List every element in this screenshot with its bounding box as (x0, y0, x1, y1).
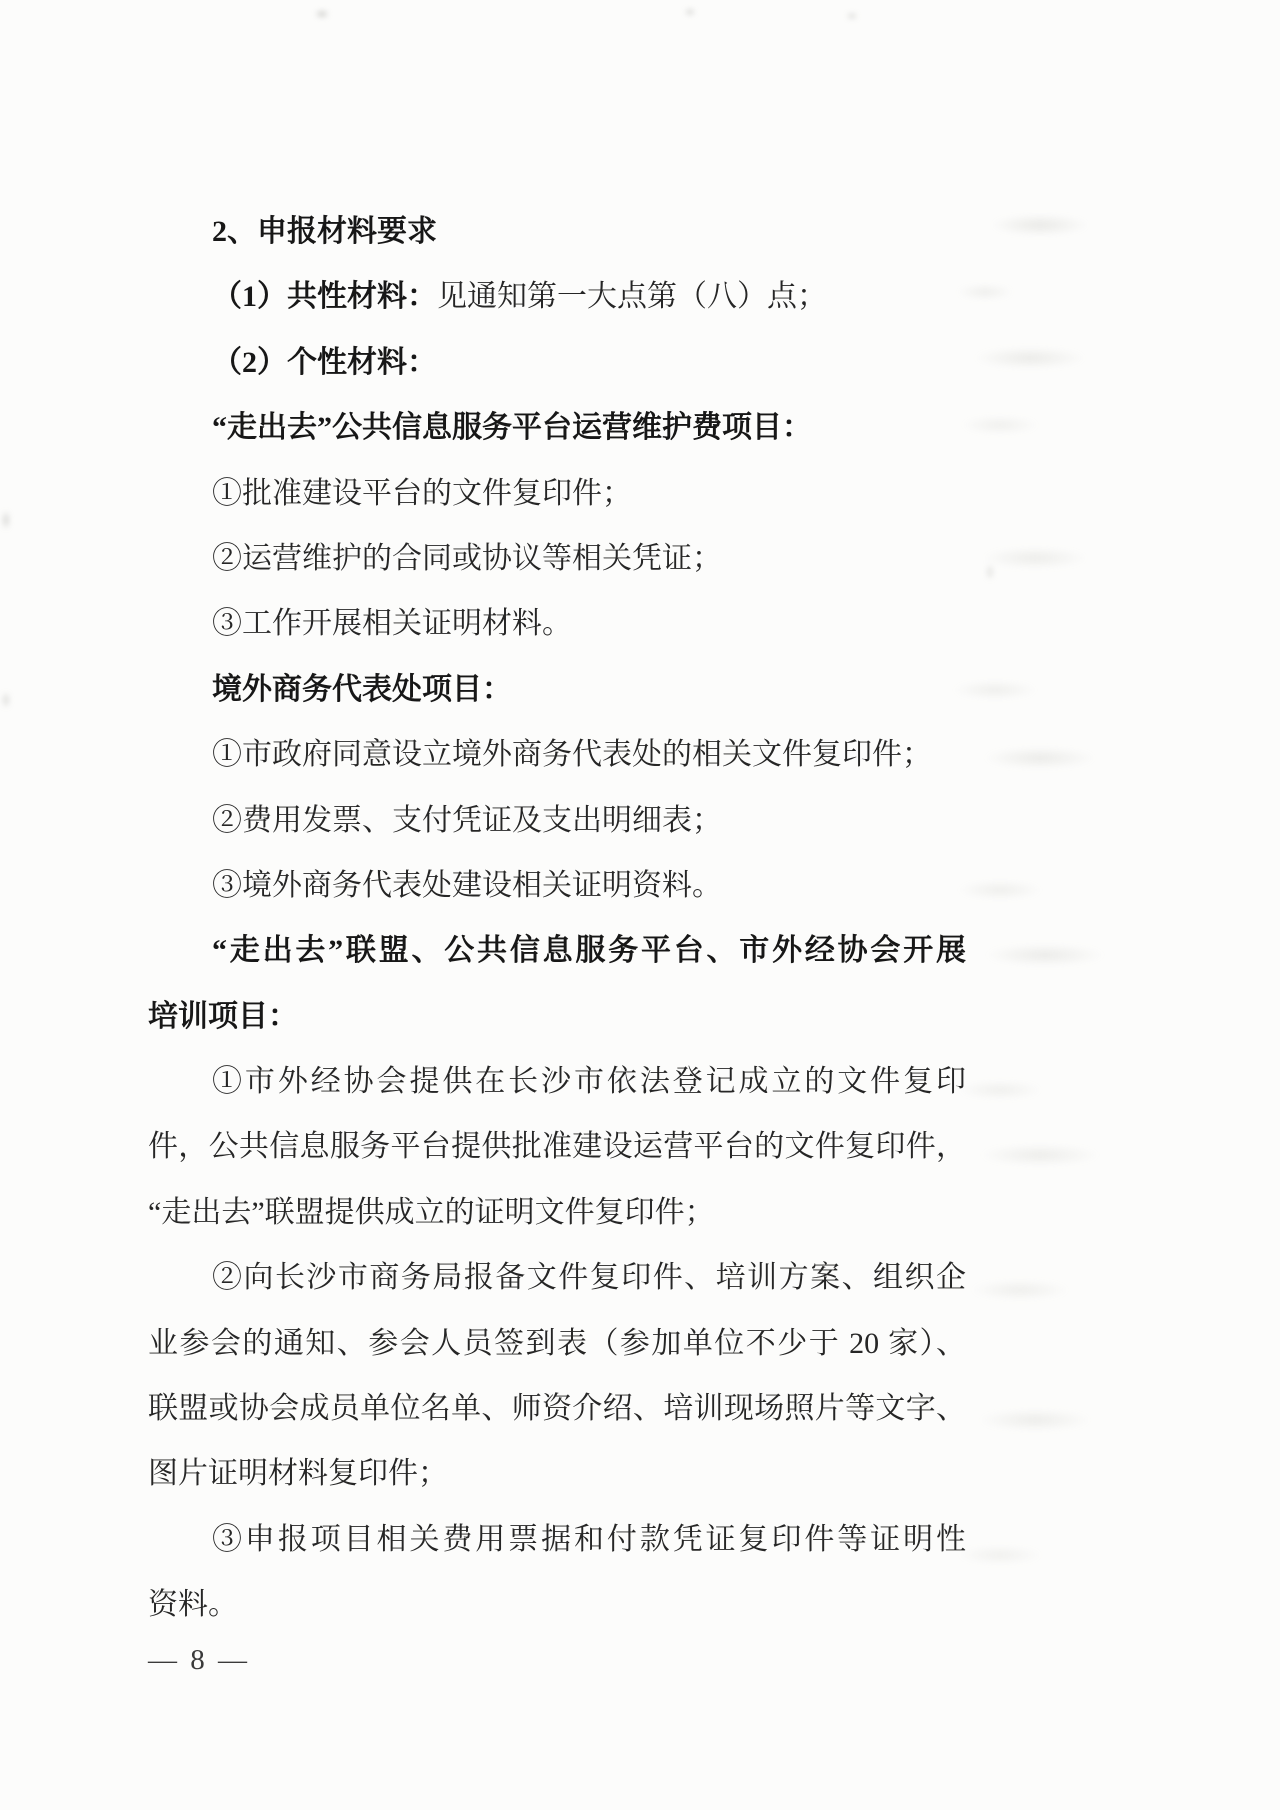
item-1-common-materials: （1）共性材料：见通知第一大点第（八）点； (148, 264, 966, 329)
list-item-circle-3c-line2: 资料。 (148, 1572, 966, 1637)
list-item-circle-2c-line4: 图片证明材料复印件； (148, 1441, 966, 1506)
list-item-circle-2c-line3: 联盟或协会成员单位名单、师资介绍、培训现场照片等文字、 (148, 1376, 966, 1441)
list-item-circle-1b: ①市政府同意设立境外商务代表处的相关文件复印件； (148, 722, 966, 787)
list-item-circle-2c-line2: 业参会的通知、参会人员签到表（参加单位不少于 20 家）、 (148, 1311, 966, 1376)
item-1-label: （1）共性材料： (212, 280, 437, 313)
heading-training-project-line2: 培训项目： (148, 984, 966, 1049)
heading-overseas-office-project: 境外商务代表处项目： (148, 657, 966, 722)
list-item-circle-3: ③工作开展相关证明材料。 (148, 591, 966, 656)
heading-platform-project: “走出去”公共信息服务平台运营维护费项目： (148, 395, 966, 460)
scanned-document-page: 2、申报材料要求 （1）共性材料：见通知第一大点第（八）点； （2）个性材料： … (0, 0, 1280, 1810)
list-item-circle-1c-line3: “走出去”联盟提供成立的证明文件复印件； (148, 1180, 966, 1245)
page-number: — 8 — (148, 1642, 250, 1678)
list-item-circle-3c-line1: ③申报项目相关费用票据和付款凭证复印件等证明性 (148, 1507, 966, 1572)
section-heading-2: 2、申报材料要求 (148, 199, 966, 264)
list-item-circle-1c-line2: 件，公共信息服务平台提供批准建设运营平台的文件复印件， (148, 1114, 966, 1179)
item-2-individual-materials: （2）个性材料： (148, 330, 966, 395)
list-item-circle-2b: ②费用发票、支付凭证及支出明细表； (148, 788, 966, 853)
item-1-text: 见通知第一大点第（八）点； (437, 280, 827, 313)
document-body: 2、申报材料要求 （1）共性材料：见通知第一大点第（八）点； （2）个性材料： … (148, 199, 966, 1638)
list-item-circle-3b: ③境外商务代表处建设相关证明资料。 (148, 853, 966, 918)
list-item-circle-1: ①批准建设平台的文件复印件； (148, 461, 966, 526)
list-item-circle-2c-line1: ②向长沙市商务局报备文件复印件、培训方案、组织企 (148, 1245, 966, 1310)
list-item-circle-1c-line1: ①市外经协会提供在长沙市依法登记成立的文件复印 (148, 1049, 966, 1114)
heading-training-project-line1: “走出去”联盟、公共信息服务平台、市外经协会开展 (148, 918, 966, 983)
list-item-circle-2: ②运营维护的合同或协议等相关凭证； (148, 526, 966, 591)
